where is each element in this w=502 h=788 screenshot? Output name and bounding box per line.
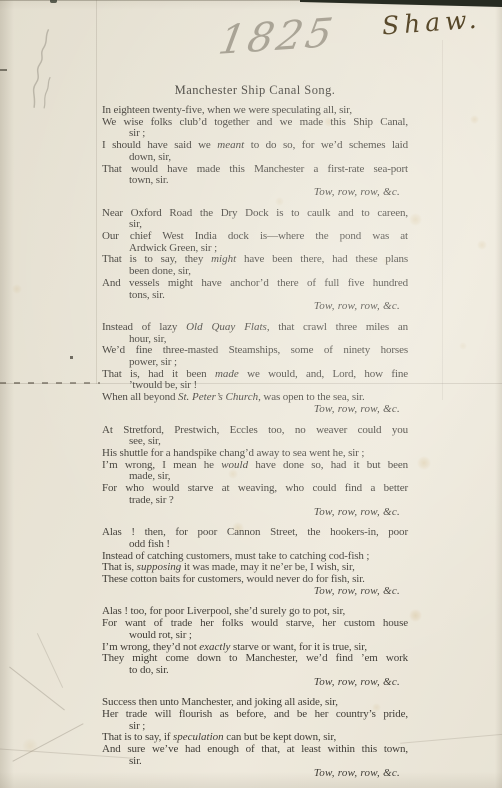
verse-text: That is to say, if (102, 731, 173, 743)
fox-stain (459, 342, 467, 350)
verse-text: I should have said we (102, 139, 217, 151)
verse-text: see, sir, (129, 435, 161, 447)
vertical-fold-crease (442, 40, 443, 400)
verse-line: Her trade will flourish as before, and b… (102, 709, 408, 721)
paper-top-edge (0, 0, 312, 1)
refrain: Tow, row, row, &c. (102, 768, 408, 780)
verse-text: Near Oxford Road the Dry Dock is to caul… (102, 207, 408, 219)
verse-text: have been there, had these plans (236, 253, 408, 265)
verse-text: ’twould be, sir ! (129, 379, 197, 391)
verse-text: His shuttle for a handspike chang’d away… (102, 447, 364, 459)
refrain: Tow, row, row, &c. (102, 677, 408, 689)
refrain: Tow, row, row, &c. (102, 301, 408, 313)
verse-text: We wise folks club’d together and we mad… (102, 116, 408, 128)
verse-text: Alas ! then, for poor Cannon Street, the… (102, 526, 408, 538)
paper-edge-nick (50, 0, 57, 3)
fox-stain (470, 115, 479, 124)
stanza: Near Oxford Road the Dry Dock is to caul… (102, 208, 408, 313)
refrain: Tow, row, row, &c. (102, 507, 408, 519)
verse-line: sir. (102, 756, 408, 768)
verse-text-italic: supposing (137, 561, 182, 573)
stanza: Alas ! then, for poor Cannon Street, the… (102, 527, 408, 597)
verse-text: would rot, sir ; (129, 629, 192, 641)
verse-text-italic: exactly (199, 641, 230, 653)
verse-text: Instead of lazy (102, 321, 186, 333)
fox-stain (12, 284, 22, 294)
verse-text: That is to say, they (102, 253, 211, 265)
verse-text: That is, (102, 561, 137, 573)
fox-stain (409, 213, 422, 226)
verse-text: sir. (129, 755, 142, 767)
verse-text: sir ; (129, 127, 145, 139)
verse-text: Alas ! too, for poor Liverpool, she’d su… (102, 605, 345, 617)
stanza: In eighteen twenty-five, when we were sp… (102, 105, 408, 199)
stanza: Instead of lazy Old Quay Flats, that cra… (102, 322, 408, 416)
verse-text-italic: made (215, 368, 239, 380)
fox-stain (417, 456, 431, 470)
verse-text-italic: might (211, 253, 236, 265)
verse-text: power, sir ; (129, 356, 177, 368)
fox-stain (409, 609, 422, 622)
fold-crease-dashes (0, 382, 100, 384)
verse-text: , was open to the sea, sir. (258, 391, 364, 403)
verse-text: Ardwick Green, sir ; (129, 242, 217, 254)
verse-text: These cotton baits for customers, would … (102, 573, 365, 585)
verse-text: can but be kept down, sir, (224, 731, 336, 743)
fox-stain (477, 240, 487, 250)
owner-annotation: Shaw. (381, 5, 482, 42)
verse-line: trade, sir ? (102, 495, 408, 507)
verse-text: And vessels might have anchor’d there of… (102, 277, 408, 289)
poem: Manchester Ship Canal Song. In eighteen … (102, 83, 408, 788)
ink-speck (70, 356, 73, 359)
verse-text: For want of trade her folks would starve… (102, 617, 408, 629)
verse-text: We’d fine three-masted Steamships, some … (102, 344, 408, 356)
stanza: At Stretford, Prestwich, Eccles too, no … (102, 425, 408, 519)
verse-text: been done, sir, (129, 265, 191, 277)
verse-line: We wise folks club’d together and we mad… (102, 117, 408, 129)
year-annotation: 1825 (215, 10, 339, 64)
verse-text: made, sir, (129, 470, 170, 482)
verse-text: I’m wrong, they’d not (102, 641, 199, 653)
verse-text: have done so, had it but been (248, 459, 408, 471)
refrain: Tow, row, row, &c. (102, 404, 408, 416)
verse-text: town, sir. (129, 174, 168, 186)
stanza-list: In eighteen twenty-five, when we were sp… (102, 105, 408, 779)
verse-text-italic: St. Peter’s Church (178, 391, 258, 403)
verse-text: And sure we’ve had enough of that, at le… (102, 743, 408, 755)
scan-background-edge (300, 0, 502, 7)
broadside-sheet: 1825 Shaw. Manchester Ship Canal Song. I… (0, 0, 502, 788)
verse-text: Success then unto Manchester, and joking… (102, 696, 338, 708)
verse-text: At Stretford, Prestwich, Eccles too, no … (102, 424, 408, 436)
verse-text: to do, sir. (129, 664, 169, 676)
wrinkle-line (37, 633, 63, 688)
wrinkle-line (400, 733, 502, 744)
pencil-scribble-icon (0, 18, 87, 118)
stanza: Success then unto Manchester, and joking… (102, 697, 408, 779)
verse-text: , that crawl three miles an (267, 321, 408, 333)
verse-text-italic: meant (217, 139, 244, 151)
verse-text: to do so, for we’d schemes laid (244, 139, 408, 151)
verse-text: That is, had it been (102, 368, 215, 380)
verse-text: That would have made this Manchester a f… (102, 163, 408, 175)
verse-text: In eighteen twenty-five, when we were sp… (102, 104, 352, 116)
refrain: Tow, row, row, &c. (102, 586, 408, 598)
verse-text: Her trade will flourish as before, and b… (102, 708, 408, 720)
verse-text: we would, and, Lord, how fine (239, 368, 408, 380)
refrain: Tow, row, row, &c. (102, 187, 408, 199)
fox-stain (22, 738, 38, 754)
song-title: Manchester Ship Canal Song. (102, 83, 408, 98)
verse-text: Our chief West India dock is—where the p… (102, 230, 408, 242)
verse-text: hour, sir, (129, 333, 166, 345)
verse-line: Near Oxford Road the Dry Dock is to caul… (102, 208, 408, 220)
verse-text: it was made, may it ne’er be, I wish, si… (181, 561, 354, 573)
stanza: Alas ! too, for poor Liverpool, she’d su… (102, 606, 408, 688)
verse-text: sir, (129, 218, 142, 230)
verse-line: to do, sir. (102, 665, 408, 677)
verse-text: Instead of catching customers, must take… (102, 550, 369, 562)
verse-text: down, sir, (129, 151, 171, 163)
verse-text: sir ; (129, 720, 145, 732)
verse-text: starve or want, for it is true, sir, (230, 641, 367, 653)
verse-text: I’m wrong, I mean he (102, 459, 221, 471)
verse-text: odd fish ! (129, 538, 170, 550)
vertical-fold-crease (96, 0, 97, 384)
verse-text: trade, sir ? (129, 494, 174, 506)
verse-text-italic: speculation (173, 731, 224, 743)
verse-line: And sure we’ve had enough of that, at le… (102, 744, 408, 756)
verse-line: These cotton baits for customers, would … (102, 574, 408, 586)
verse-text: When all beyond (102, 391, 178, 403)
verse-text-italic: would (221, 459, 248, 471)
verse-text: They might come down to Manchester, we’d… (102, 652, 408, 664)
verse-text: tons, sir. (129, 289, 165, 301)
verse-text-italic: Old Quay Flats (186, 321, 267, 333)
verse-text: For who would starve at weaving, who cou… (102, 482, 408, 494)
pencil-dash (0, 69, 7, 71)
